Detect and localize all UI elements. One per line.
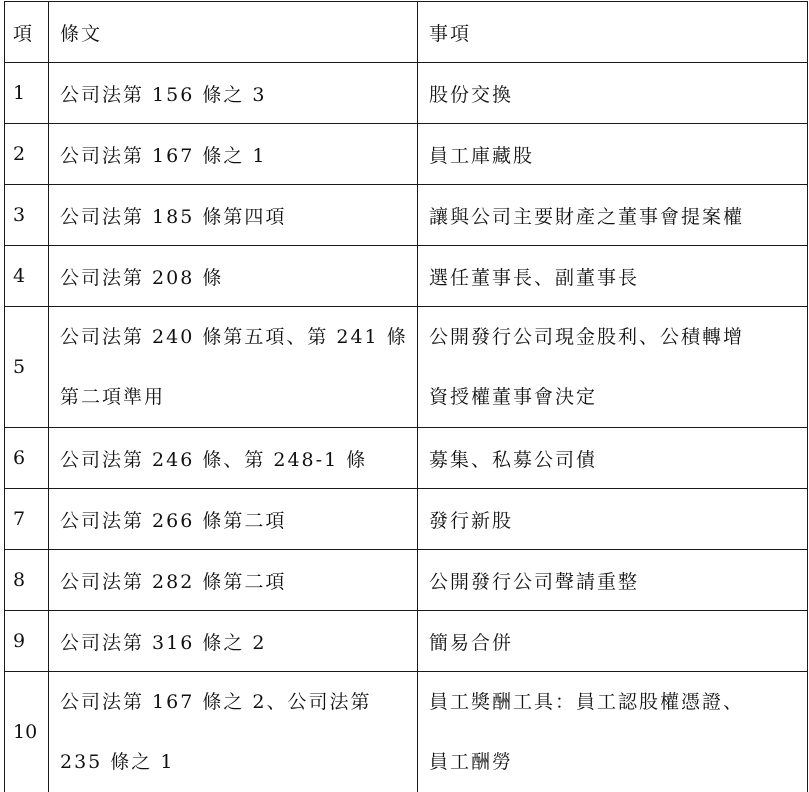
header-item: 項 (5, 2, 49, 63)
row-matter: 公開發行公司聲請重整 (418, 550, 808, 611)
row-number: 4 (5, 246, 49, 307)
articles-table: 項 條文 事項 1 公司法第 156 條之 3 股份交換 2 公司法第 167 … (4, 1, 808, 792)
row-matter: 發行新股 (418, 489, 808, 550)
matter-line: 員工獎酬工具：員工認股權憑證、 (429, 672, 807, 732)
matter-line: 員工酬勞 (429, 732, 807, 792)
row-number: 5 (5, 307, 49, 428)
table-row: 2 公司法第 167 條之 1 員工庫藏股 (5, 124, 808, 185)
row-number: 9 (5, 611, 49, 672)
row-article: 公司法第 167 條之 2、公司法第 235 條之 1 (49, 672, 418, 792)
header-row: 項 條文 事項 (5, 2, 808, 63)
row-matter: 選任董事長、副董事長 (418, 246, 808, 307)
table-row: 5 公司法第 240 條第五項、第 241 條 第二項準用 公開發行公司現金股利… (5, 307, 808, 428)
row-number: 10 (5, 672, 49, 792)
table-row: 3 公司法第 185 條第四項 讓與公司主要財產之董事會提案權 (5, 185, 808, 246)
table-row: 8 公司法第 282 條第二項 公開發行公司聲請重整 (5, 550, 808, 611)
article-line: 第二項準用 (60, 367, 417, 427)
article-line: 公司法第 167 條之 2、公司法第 (60, 672, 417, 732)
row-article: 公司法第 208 條 (49, 246, 418, 307)
row-number: 8 (5, 550, 49, 611)
row-article: 公司法第 316 條之 2 (49, 611, 418, 672)
row-matter: 員工庫藏股 (418, 124, 808, 185)
row-number: 7 (5, 489, 49, 550)
row-article: 公司法第 266 條第二項 (49, 489, 418, 550)
row-matter: 簡易合併 (418, 611, 808, 672)
table-row: 10 公司法第 167 條之 2、公司法第 235 條之 1 員工獎酬工具：員工… (5, 672, 808, 792)
matter-line: 資授權董事會決定 (429, 367, 807, 427)
table-row: 6 公司法第 246 條、第 248-1 條 募集、私募公司債 (5, 428, 808, 489)
table-row: 9 公司法第 316 條之 2 簡易合併 (5, 611, 808, 672)
row-article: 公司法第 167 條之 1 (49, 124, 418, 185)
row-article: 公司法第 185 條第四項 (49, 185, 418, 246)
row-matter: 募集、私募公司債 (418, 428, 808, 489)
table-row: 1 公司法第 156 條之 3 股份交換 (5, 63, 808, 124)
header-matter: 事項 (418, 2, 808, 63)
row-matter: 員工獎酬工具：員工認股權憑證、 員工酬勞 (418, 672, 808, 792)
article-line: 235 條之 1 (60, 732, 417, 792)
row-matter: 公開發行公司現金股利、公積轉增 資授權董事會決定 (418, 307, 808, 428)
header-article: 條文 (49, 2, 418, 63)
row-article: 公司法第 282 條第二項 (49, 550, 418, 611)
row-article: 公司法第 156 條之 3 (49, 63, 418, 124)
row-matter: 讓與公司主要財產之董事會提案權 (418, 185, 808, 246)
table-row: 4 公司法第 208 條 選任董事長、副董事長 (5, 246, 808, 307)
row-article: 公司法第 246 條、第 248-1 條 (49, 428, 418, 489)
row-number: 3 (5, 185, 49, 246)
row-number: 2 (5, 124, 49, 185)
row-number: 6 (5, 428, 49, 489)
matter-line: 公開發行公司現金股利、公積轉增 (429, 307, 807, 367)
table-row: 7 公司法第 266 條第二項 發行新股 (5, 489, 808, 550)
row-article: 公司法第 240 條第五項、第 241 條 第二項準用 (49, 307, 418, 428)
row-number: 1 (5, 63, 49, 124)
row-matter: 股份交換 (418, 63, 808, 124)
article-line: 公司法第 240 條第五項、第 241 條 (60, 307, 417, 367)
